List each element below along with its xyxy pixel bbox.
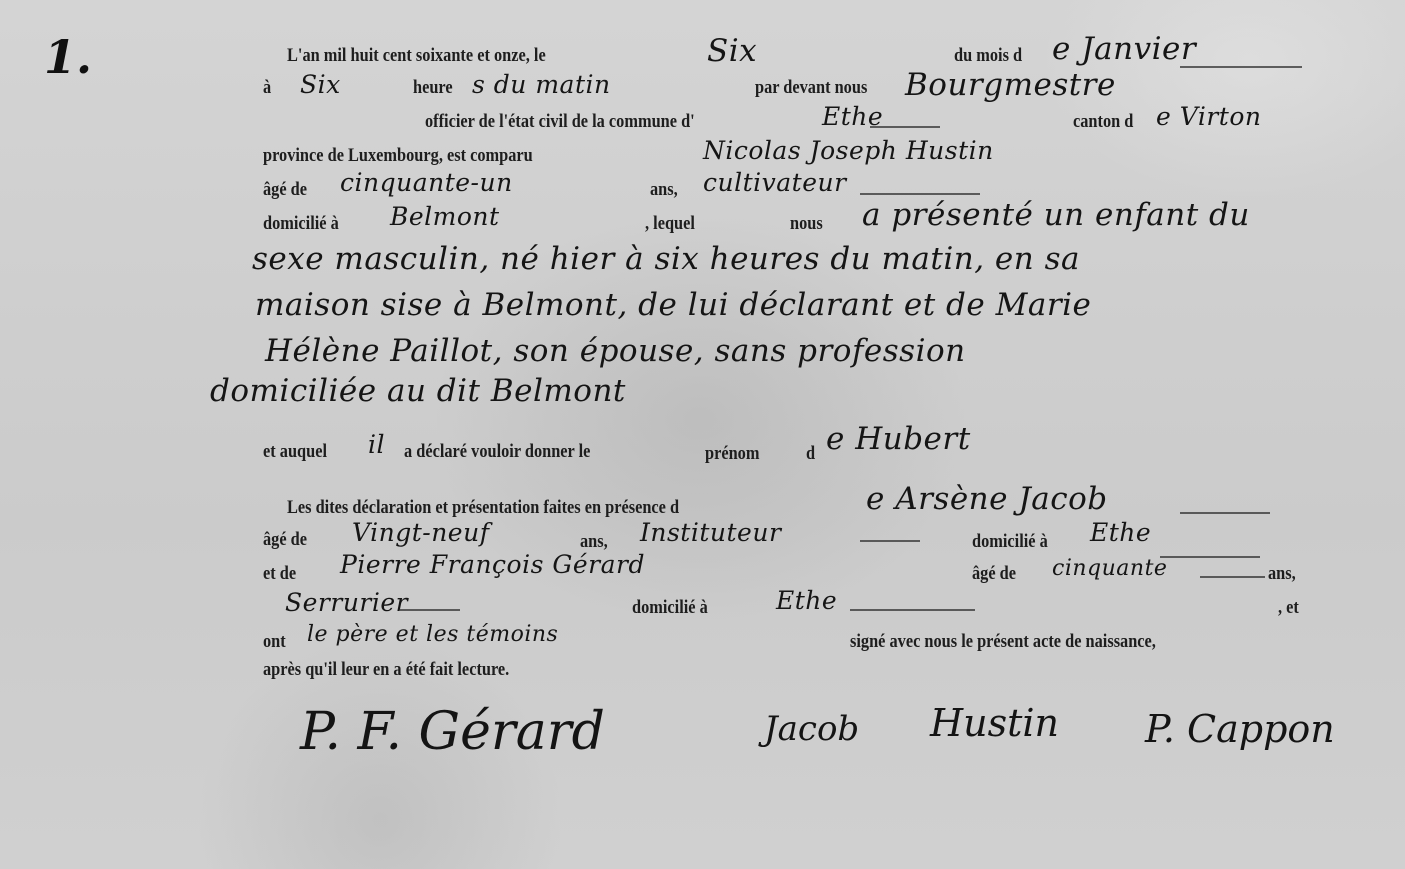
printed-month-label: du mois d	[954, 46, 1022, 65]
handwritten-witness1-age: Vingt-neuf	[352, 520, 489, 545]
fill-rule	[1180, 66, 1302, 68]
printed-officier: officier de l'état civil de la commune d…	[425, 112, 695, 131]
handwritten-witness2-name: Pierre François Gérard	[340, 552, 645, 577]
handwritten-pronoun: il	[368, 432, 385, 457]
handwritten-day: Six	[707, 36, 757, 67]
printed-ont: ont	[263, 632, 286, 651]
handwritten-month: e Janvier	[1052, 34, 1196, 65]
handwritten-time: s du matin	[472, 72, 611, 97]
handwritten-signers: le père et les témoins	[307, 624, 558, 646]
civil-registry-page: 1. L'an mil huit cent soixante et onze, …	[0, 0, 1405, 869]
printed-signe: signé avec nous le présent acte de naiss…	[850, 632, 1156, 651]
signature-hustin: Hustin	[930, 704, 1059, 742]
printed-witness-intro: Les dites déclaration et présentation fa…	[287, 498, 679, 517]
fill-rule	[870, 126, 940, 128]
fill-rule	[850, 609, 975, 611]
printed-nous: nous	[790, 214, 823, 233]
printed-age-label: âgé de	[263, 180, 307, 199]
handwritten-body-line-1: sexe masculin, né hier à six heures du m…	[252, 244, 1080, 275]
printed-prenom: prénom	[705, 444, 759, 463]
printed-et-de: et de	[263, 564, 296, 583]
handwritten-residence: Belmont	[390, 204, 500, 229]
handwritten-witness1-occupation: Instituteur	[640, 520, 781, 545]
printed-domicile-w1: domicilié à	[972, 532, 1048, 551]
handwritten-witness1-residence: Ethe	[1090, 520, 1151, 545]
printed-et-auquel: et auquel	[263, 442, 327, 461]
fill-rule	[860, 540, 920, 542]
printed-lecture: après qu'il leur en a été fait lecture.	[263, 660, 509, 679]
handwritten-official: Bourgmestre	[905, 70, 1116, 101]
fill-rule	[400, 609, 460, 611]
printed-age-label-w1: âgé de	[263, 530, 307, 549]
printed-year-line: L'an mil huit cent soixante et onze, le	[287, 46, 546, 65]
printed-heure: heure	[413, 78, 453, 97]
handwritten-body-line-2: maison sise à Belmont, de lui déclarant …	[255, 290, 1091, 321]
printed-province: province de Luxembourg, est comparu	[263, 146, 533, 165]
handwritten-presentation: a présenté un enfant du	[862, 200, 1250, 231]
printed-ans-w1: ans,	[580, 532, 608, 551]
fill-rule	[1200, 576, 1265, 578]
handwritten-hour: Six	[300, 72, 341, 97]
handwritten-declarant: Nicolas Joseph Hustin	[703, 138, 994, 163]
printed-par-devant: par devant nous	[755, 78, 867, 97]
handwritten-witness2-residence: Ethe	[776, 588, 837, 613]
printed-d: d	[806, 444, 815, 463]
printed-canton: canton d	[1073, 112, 1133, 131]
entry-number: 1.	[44, 30, 92, 84]
fill-rule	[1160, 556, 1260, 558]
handwritten-occupation: cultivateur	[703, 170, 847, 195]
handwritten-given-name: e Hubert	[826, 424, 971, 455]
printed-ans-w2: ans,	[1268, 564, 1296, 583]
fill-rule	[1180, 512, 1270, 514]
printed-age-label-w2: âgé de	[972, 564, 1016, 583]
printed-declare: a déclaré vouloir donner le	[404, 442, 590, 461]
handwritten-witness1-name: e Arsène Jacob	[866, 484, 1108, 515]
signature-gerard: P. F. Gérard	[300, 706, 605, 758]
signature-jacob: Jacob	[764, 712, 859, 746]
printed-ans: ans,	[650, 180, 678, 199]
signature-cappon: P. Cappon	[1145, 710, 1335, 748]
handwritten-body-line-4: domiciliée au dit Belmont	[210, 376, 626, 407]
printed-domicile: domicilié à	[263, 214, 339, 233]
handwritten-canton: e Virton	[1156, 104, 1262, 129]
handwritten-age: cinquante-un	[340, 170, 513, 195]
printed-domicile-w2: domicilié à	[632, 598, 708, 617]
fill-rule	[860, 193, 980, 195]
printed-lequel: , lequel	[645, 214, 695, 233]
handwritten-witness2-age: cinquante	[1052, 558, 1167, 580]
printed-et: , et	[1278, 598, 1299, 617]
handwritten-body-line-3: Hélène Paillot, son épouse, sans profess…	[265, 336, 966, 367]
printed-a: à	[263, 78, 271, 97]
handwritten-witness2-occupation: Serrurier	[285, 590, 408, 615]
